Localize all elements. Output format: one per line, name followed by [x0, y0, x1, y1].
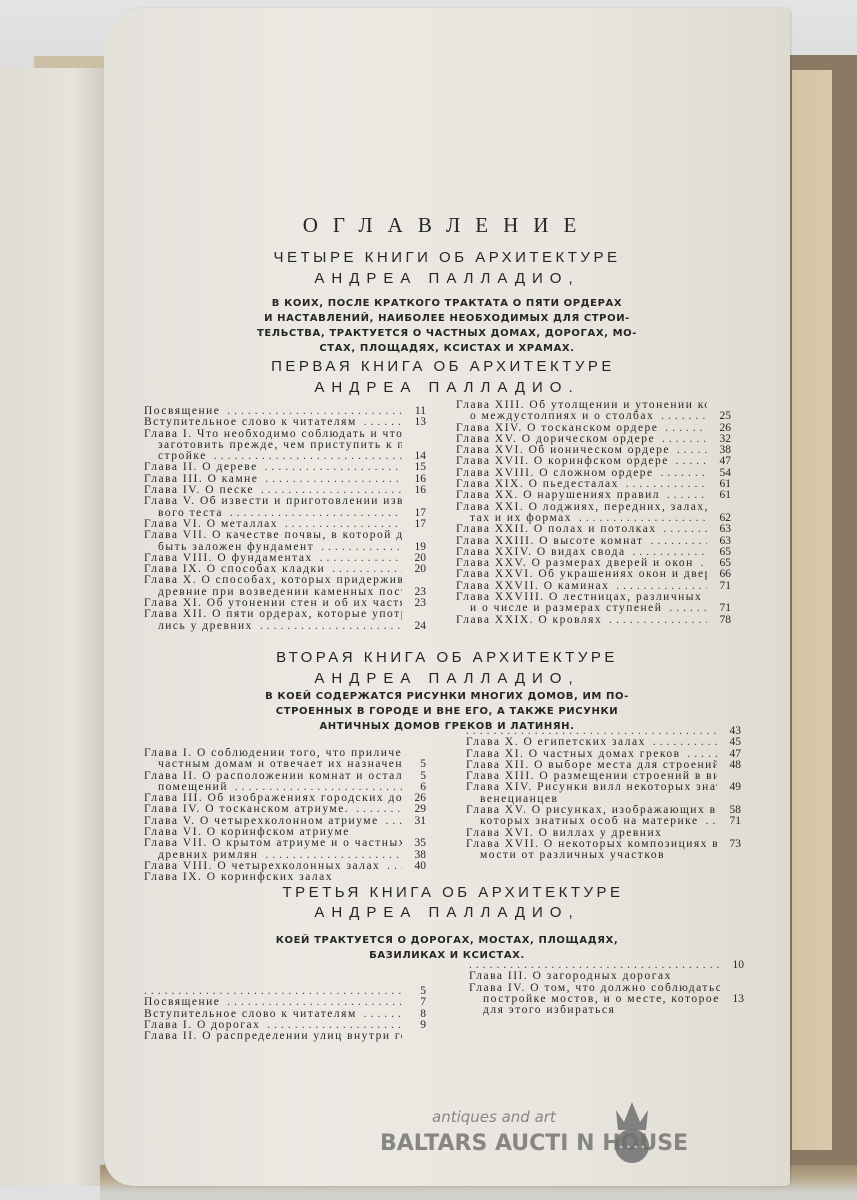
toc-entry: помещений ..............................… — [144, 782, 426, 793]
toc-entry-text: Глава XXIV. О видах свода ..............… — [456, 547, 707, 558]
toc-entry-text: древних римлян .........................… — [158, 850, 402, 861]
leader-dots: ........................................… — [223, 508, 402, 519]
toc-entry-text: древние при возведении каменных построек… — [158, 587, 402, 598]
toc-entry: Глава IV. О том, что должно соблюдаться … — [469, 983, 744, 994]
desc-line: И НАСТАВЛЕНИЙ, НАИБОЛЕЕ НЕОБХОДИМЫХ ДЛЯ … — [104, 311, 790, 326]
toc-entry-label: Глава V. Об извести и приготовлении изве… — [144, 496, 402, 507]
toc-entry-text: Глава V. О четырехколонном атриуме .....… — [144, 816, 402, 827]
svg-text:• • • •: • • • • — [619, 1143, 646, 1152]
toc-entry-label: быть заложен фундамент — [158, 542, 314, 553]
toc-entry: Глава II. О распределении улиц внутри го… — [144, 1031, 426, 1042]
toc-entry-text: быть заложен фундамент .................… — [158, 542, 402, 553]
toc-entry-label: Глава VIII. О фундаментах — [144, 553, 313, 564]
toc-entry: Глава V. Об извести и приготовлении изве… — [144, 496, 426, 507]
toc-entry-label: Глава VII. О качестве почвы, в которой д… — [144, 530, 402, 541]
toc-entry-text: Вступительное слово к читателям ........… — [144, 1009, 402, 1020]
toc-entry-text: Глава V. Об извести и приготовлении изве… — [144, 496, 402, 507]
toc-entry: тах и их формах ........................… — [456, 513, 731, 524]
toc-entry: Глава I. О соблюдении того, что приличес… — [144, 748, 426, 759]
toc-entry-text: Глава XI. Об утонении стен и об их частя… — [144, 598, 402, 609]
toc-entry-text: Глава VII. О крытом атриуме и о частных … — [144, 838, 402, 849]
toc-entry-text: постройке мостов, и о месте, которое дол… — [483, 994, 720, 1005]
toc-entry: мости от различных участков — [466, 850, 741, 861]
toc-entry: Глава XIV. О тосканском ордере .........… — [456, 423, 731, 434]
leader-dots: ........................................… — [228, 782, 402, 793]
desc-line: В КОЕЙ СОДЕРЖАТСЯ РИСУНКИ МНОГИХ ДОМОВ, … — [104, 689, 790, 704]
toc-entry-label: Глава XX. О нарушениях правил — [456, 490, 660, 501]
leader-dots: ........................................… — [662, 603, 707, 614]
contents-page: ОГЛАВЛЕНИЕ ЧЕТЫРЕ КНИГИ ОБ АРХИТЕКТУРЕ А… — [104, 8, 790, 1186]
toc-entry-text: Глава II. О распределении улиц внутри го… — [144, 1031, 402, 1042]
toc-entry-label: Глава XI. О частных домах греков — [466, 749, 681, 760]
leader-dots: ........................................… — [357, 417, 402, 428]
toc-entry-label: Глава XXIX. О кровлях — [456, 615, 602, 626]
toc-entry-label: Глава XIII. Об утолщении и утонении коло… — [456, 400, 707, 411]
main-heading-line-2: АНДРЕА ПАЛЛАДИО, — [104, 270, 790, 287]
toc-entry: заготовить прежде, чем приступить к по- — [144, 440, 426, 451]
leader-dots: ........................................… — [258, 462, 402, 473]
toc-entry: вого теста .............................… — [144, 508, 426, 519]
toc-entry-label: Глава XVII. О коринфском ордере — [456, 456, 669, 467]
toc-entry: стройке ................................… — [144, 451, 426, 462]
book2-heading-line-2: АНДРЕА ПАЛЛАДИО, — [104, 670, 790, 687]
toc-entry-text: Глава XX. О нарушениях правил ..........… — [456, 490, 707, 501]
toc-entry-text: вого теста .............................… — [158, 508, 402, 519]
toc-entry-label: помещений — [158, 782, 228, 793]
toc-entry-label: для этого избираться — [483, 1005, 615, 1016]
toc-entry-text: Посвящение .............................… — [144, 997, 402, 1008]
leader-dots: ........................................… — [144, 986, 402, 997]
toc-entry: Глава III. О камне .....................… — [144, 474, 426, 485]
toc-entry-text: Глава XIV. О тосканском ордере .........… — [456, 423, 707, 434]
toc-entry-text: Глава I. О дорогах .....................… — [144, 1020, 402, 1031]
toc-entry-text: Глава XVII. О коринфском ордере ........… — [456, 456, 707, 467]
toc-entry: лись у древних .........................… — [144, 621, 426, 632]
toc-entry-page: 63 — [707, 524, 731, 535]
toc-entry-page: 10 — [720, 960, 744, 971]
leader-dots: ........................................… — [681, 749, 717, 760]
toc-entry-label: Глава XVI. О виллах у древних — [466, 828, 662, 839]
toc-entry: Глава XVIII. О сложном ордере ..........… — [456, 468, 731, 479]
toc-entry-label: Глава XV. О дорическом ордере — [456, 434, 655, 445]
toc-entry: Глава I. Что необходимо соблюдать и что … — [144, 429, 426, 440]
toc-entry-text: о междустолпиях и о столбах ............… — [470, 411, 707, 422]
toc-entry-text: заготовить прежде, чем приступить к по- — [158, 440, 402, 451]
toc-entry: Глава I. О дорогах .....................… — [144, 1020, 426, 1031]
toc-entry-page: 13 — [720, 994, 744, 1005]
book1-heading-line-1: ПЕРВАЯ КНИГА ОБ АРХИТЕКТУРЕ — [100, 358, 786, 375]
toc-entry-label: венецианцев — [480, 794, 558, 805]
toc-entry-label: лись у древних — [158, 621, 253, 632]
toc-entry-text: Глава I. Что необходимо соблюдать и что … — [144, 429, 402, 440]
toc-entry-text: Глава III. Об изображениях городских дом… — [144, 793, 402, 804]
toc-entry-page: 16 — [402, 485, 426, 496]
leader-dots: ........................................… — [253, 621, 402, 632]
toc-entry-page: 48 — [717, 760, 741, 771]
book3-heading-line-2: АНДРЕА ПАЛЛАДИО, — [104, 904, 790, 921]
toc-entry-text: Глава II. О расположении комнат и осталь… — [144, 771, 402, 782]
toc-entry-label: Глава I. Что необходимо соблюдать и что … — [144, 429, 402, 440]
leader-dots: ........................................… — [655, 434, 707, 445]
toc-entry-label: Глава IV. О тосканском атриуме. — [144, 804, 349, 815]
desc-line: СТРОЕННЫХ В ГОРОДЕ И ВНЕ ЕГО, А ТАКЖЕ РИ… — [104, 704, 790, 719]
toc-entry-text: ........................................… — [144, 986, 402, 997]
book3-toc-left: ........................................… — [144, 986, 426, 1042]
leader-dots: ........................................… — [644, 536, 707, 547]
toc-entry: Глава XXIV. О видах свода ..............… — [456, 547, 731, 558]
toc-entry-label: Глава XIV. О тосканском ордере — [456, 423, 658, 434]
toc-entry-text: Глава XVIII. О сложном ордере ..........… — [456, 468, 707, 479]
toc-entry-text: Вступительное слово к читателям ........… — [144, 417, 402, 428]
toc-entry-page: 7 — [402, 997, 426, 1008]
toc-entry-page: 31 — [402, 816, 426, 827]
desc-line: КОЕЙ ТРАКТУЕТСЯ О ДОРОГАХ, МОСТАХ, ПЛОЩА… — [104, 933, 790, 948]
toc-entry: венецианцев — [466, 794, 741, 805]
toc-entry: Посвящение .............................… — [144, 997, 426, 1008]
toc-entry-label: Глава VI. О металлах — [144, 519, 278, 530]
toc-entry-text: Глава XVI. О виллах у древних — [466, 828, 717, 839]
toc-entry-text: Глава XXVIII. О лестницах, различных их … — [456, 592, 707, 603]
toc-entry: Глава XIX. О пьедесталах ...............… — [456, 479, 731, 490]
leader-dots: ........................................… — [619, 479, 707, 490]
toc-entry: ........................................… — [144, 986, 426, 997]
toc-entry: Глава XXIX. О кровлях ..................… — [456, 615, 731, 626]
toc-entry-label: частным домам и отвечает их назначению — [158, 759, 402, 770]
toc-entry: Глава III. О загородных дорогах — [469, 971, 744, 982]
leader-dots: ........................................… — [325, 564, 402, 575]
toc-entry: Глава XXI. О лоджиях, передних, залах, к… — [456, 502, 731, 513]
toc-entry-text: Глава III. О загородных дорогах — [469, 971, 720, 982]
main-description: В КОИХ, ПОСЛЕ КРАТКОГО ТРАКТАТА О ПЯТИ О… — [104, 296, 790, 356]
toc-entry-page: 71 — [707, 581, 731, 592]
leader-dots: ........................................… — [313, 553, 402, 564]
toc-entry-page: 13 — [402, 417, 426, 428]
toc-entry-label: Глава XXVI. Об украшениях окон и дверей — [456, 569, 707, 580]
toc-entry-page: 73 — [717, 839, 741, 850]
toc-entry: Глава XI. О частных домах греков .......… — [466, 749, 741, 760]
toc-entry: Глава VIII. О фундаментах ..............… — [144, 553, 426, 564]
toc-entry-label: Глава XXV. О размерах дверей и окон — [456, 558, 694, 569]
leader-dots: ........................................… — [654, 411, 707, 422]
toc-entry-label: Глава XXII. О полах и потолках — [456, 524, 657, 535]
toc-entry-label: Глава VII. О крытом атриуме и о частных … — [144, 838, 402, 849]
toc-entry-label: Глава IV. О песке — [144, 485, 254, 496]
toc-entry-text: Глава XXIII. О высоте комнат ...........… — [456, 536, 707, 547]
toc-entry: ........................................… — [469, 960, 744, 971]
toc-entry-page: 17 — [402, 519, 426, 530]
toc-entry-text: Глава XI. О частных домах греков .......… — [466, 749, 717, 760]
left-page — [0, 66, 105, 1186]
toc-entry: Глава IV. О песке ......................… — [144, 485, 426, 496]
toc-entry-label: Глава IX. О коринфских залах — [144, 872, 333, 883]
leader-dots: ........................................… — [349, 804, 402, 815]
toc-entry-page: 45 — [717, 737, 741, 748]
toc-entry: Глава XII. О выборе места для строений в… — [466, 760, 741, 771]
toc-entry-label: и о числе и размерах ступеней — [470, 603, 662, 614]
leader-dots: ........................................… — [660, 490, 707, 501]
toc-entry: Глава VI. О коринфском атриуме — [144, 827, 426, 838]
toc-entry-text: Глава XXVII. О каминах .................… — [456, 581, 707, 592]
toc-entry: Глава XI. Об утонении стен и об их частя… — [144, 598, 426, 609]
toc-entry-page: 61 — [707, 490, 731, 501]
toc-entry-page: 71 — [707, 603, 731, 614]
toc-entry-text: Глава XII. О пяти ордерах, которые употр… — [144, 609, 402, 620]
toc-entry-label: Глава I. О соблюдении того, что приличес… — [144, 748, 402, 759]
toc-entry: Глава XII. О пяти ордерах, которые употр… — [144, 609, 426, 620]
toc-entry-text: Глава VIII. О фундаментах ..............… — [144, 553, 402, 564]
leader-dots: ........................................… — [278, 519, 402, 530]
toc-entry-page: 5 — [402, 759, 426, 770]
toc-entry: Глава VI. О металлах ...................… — [144, 519, 426, 530]
toc-entry: о междустолпиях и о столбах ............… — [456, 411, 731, 422]
leader-dots: ........................................… — [572, 513, 707, 524]
toc-entry-label: древних римлян — [158, 850, 258, 861]
book1-toc-left: Посвящение .............................… — [144, 406, 426, 632]
toc-entry-text: Глава XIII. Об утолщении и утонении коло… — [456, 400, 707, 411]
toc-entry-text: лись у древних .........................… — [158, 621, 402, 632]
toc-entry: Глава XVI. О виллах у древних — [466, 828, 741, 839]
toc-entry-label: древние при возведении каменных построек — [158, 587, 402, 598]
toc-entry-label: Глава II. О расположении комнат и осталь… — [144, 771, 402, 782]
toc-entry: для этого избираться — [469, 1005, 744, 1016]
leader-dots: ........................................… — [314, 542, 402, 553]
toc-entry-label: Вступительное слово к читателям — [144, 1009, 357, 1020]
toc-entry-page: 9 — [402, 1020, 426, 1031]
toc-entry-text: Глава XIII. О размещении строений в вилл… — [466, 771, 717, 782]
toc-entry-label: Глава XIII. О размещении строений в вилл… — [466, 771, 717, 782]
toc-entry-label: Глава X. О способах, которых придерживал… — [144, 575, 402, 586]
toc-entry: Глава XV. О дорическом ордере ..........… — [456, 434, 731, 445]
toc-entry: Глава XXVI. Об украшениях окон и дверей … — [456, 569, 731, 580]
toc-entry-label: мости от различных участков — [480, 850, 665, 861]
toc-entry-label: Глава XVI. Об ионическом ордере — [456, 445, 670, 456]
leader-dots: ........................................… — [357, 1009, 402, 1020]
toc-entry-text: Глава XXV. О размерах дверей и окон ....… — [456, 558, 707, 569]
toc-entry: Глава XXVIII. О лестницах, различных их … — [456, 592, 731, 603]
page-title: ОГЛАВЛЕНИЕ — [104, 213, 790, 238]
toc-entry-text: Глава VII. О качестве почвы, в которой д… — [144, 530, 402, 541]
toc-entry-text: Глава III. О камне .....................… — [144, 474, 402, 485]
toc-entry-label: Посвящение — [144, 997, 220, 1008]
toc-entry-label: заготовить прежде, чем приступить к по- — [158, 440, 402, 451]
toc-entry: Глава XVI. Об ионическом ордере ........… — [456, 445, 731, 456]
crown-logo-icon: • • • • — [612, 1100, 652, 1170]
leader-dots: ........................................… — [669, 456, 707, 467]
book3-toc-right: ........................................… — [469, 960, 744, 1016]
toc-entry-label: Глава XXVII. О каминах — [456, 581, 609, 592]
desc-line: В КОИХ, ПОСЛЕ КРАТКОГО ТРАКТАТА О ПЯТИ О… — [104, 296, 790, 311]
leader-dots: ........................................… — [602, 615, 707, 626]
book3-description: КОЕЙ ТРАКТУЕТСЯ О ДОРОГАХ, МОСТАХ, ПЛОЩА… — [104, 933, 790, 963]
toc-entry-text: Глава XXIX. О кровлях ..................… — [456, 615, 707, 626]
toc-entry: Вступительное слово к читателям ........… — [144, 417, 426, 428]
toc-entry-page: 20 — [402, 564, 426, 575]
toc-entry-label: о междустолпиях и о столбах — [470, 411, 654, 422]
toc-entry-text: Глава XIX. О пьедесталах ...............… — [456, 479, 707, 490]
endpaper — [792, 70, 832, 1150]
toc-entry: Глава X. О способах, которых придерживал… — [144, 575, 426, 586]
leader-dots: ........................................… — [657, 524, 707, 535]
toc-entry-text: помещений ..............................… — [158, 782, 402, 793]
toc-entry: Глава XIII. О размещении строений в вилл… — [466, 771, 741, 782]
toc-entry: ........................................… — [466, 726, 741, 737]
toc-entry-text: Глава XXVI. Об украшениях окон и дверей … — [456, 569, 707, 580]
toc-entry-text: Глава IV. О песке ......................… — [144, 485, 402, 496]
toc-entry: Глава XXIII. О высоте комнат ...........… — [456, 536, 731, 547]
toc-entry-text: Посвящение .............................… — [144, 406, 402, 417]
toc-entry: Глава II. О дереве .....................… — [144, 462, 426, 473]
toc-entry-text: и о числе и размерах ступеней ..........… — [470, 603, 707, 614]
toc-entry-label: Глава XVIII. О сложном ордере — [456, 468, 654, 479]
toc-entry-label: Глава XVII. О некоторых композициях в за… — [466, 839, 717, 850]
toc-entry-label: которых знатных особ на материке — [480, 816, 699, 827]
book3-heading-line-1: ТРЕТЬЯ КНИГА ОБ АРХИТЕКТУРЕ — [110, 884, 796, 901]
toc-entry-label: Глава XIV. Рисунки вилл некоторых знатны… — [466, 782, 717, 793]
toc-entry-label: Глава III. Об изображениях городских дом… — [144, 793, 402, 804]
toc-entry: Глава IX. О способах кладки ............… — [144, 564, 426, 575]
toc-entry-label: Глава XIX. О пьедесталах — [456, 479, 619, 490]
toc-entry-text: Глава VI. О коринфском атриуме — [144, 827, 402, 838]
toc-entry-text: Глава X. О способах, которых придерживал… — [144, 575, 402, 586]
toc-entry-label: Глава XII. О пяти ордерах, которые употр… — [144, 609, 402, 620]
toc-entry-page: 78 — [707, 615, 731, 626]
toc-entry-label: стройке — [158, 451, 207, 462]
toc-entry-text: ........................................… — [469, 960, 720, 971]
toc-entry-text: Глава XXI. О лоджиях, передних, залах, к… — [456, 502, 707, 513]
toc-entry-label: Глава XV. О рисунках, изображающих виллы… — [466, 805, 717, 816]
desc-line: СТАХ, ПЛОЩАДЯХ, КСИСТАХ И ХРАМАХ. — [104, 341, 790, 356]
toc-entry: Глава II. О расположении комнат и осталь… — [144, 771, 426, 782]
toc-entry: Глава XIV. Рисунки вилл некоторых знатны… — [466, 782, 741, 793]
toc-entry: частным домам и отвечает их назначению .… — [144, 759, 426, 770]
toc-entry-text: Глава I. О соблюдении того, что приличес… — [144, 748, 402, 759]
leader-dots: ........................................… — [466, 726, 717, 737]
toc-entry-label: Глава III. О камне — [144, 474, 258, 485]
book2-toc-right: ........................................… — [466, 726, 741, 862]
toc-entry: Глава V. О четырехколонном атриуме .....… — [144, 816, 426, 827]
toc-entry-text: Глава II. О дереве .....................… — [144, 462, 402, 473]
leader-dots: ........................................… — [658, 423, 707, 434]
toc-entry-page: 35 — [402, 838, 426, 849]
toc-entry-page: 71 — [717, 816, 741, 827]
toc-entry-label: Глава VI. О коринфском атриуме — [144, 827, 350, 838]
toc-entry-label: постройке мостов, и о месте, которое дол… — [483, 994, 720, 1005]
leader-dots: ........................................… — [469, 960, 720, 971]
leader-dots: ........................................… — [258, 474, 402, 485]
toc-entry-label: Глава XXIII. О высоте комнат — [456, 536, 644, 547]
leader-dots: ........................................… — [694, 558, 707, 569]
leader-dots: ........................................… — [654, 468, 707, 479]
toc-entry: древние при возведении каменных построек… — [144, 587, 426, 598]
toc-entry-text: которых знатных особ на материке .......… — [480, 816, 717, 827]
toc-entry: Глава XIII. Об утолщении и утонении коло… — [456, 400, 731, 411]
leader-dots: ........................................… — [220, 406, 402, 417]
toc-entry-text: для этого избираться — [483, 1005, 720, 1016]
toc-entry-text: Глава XXII. О полах и потолках .........… — [456, 524, 707, 535]
toc-entry: Глава IX. О коринфских залах — [144, 872, 426, 883]
toc-entry-label: Глава XXI. О лоджиях, передних, залах, к… — [456, 502, 707, 513]
toc-entry-label: тах и их формах — [470, 513, 572, 524]
toc-entry: Глава VII. О качестве почвы, в которой д… — [144, 530, 426, 541]
toc-entry-label: Глава II. О дереве — [144, 462, 258, 473]
toc-entry-label: Глава X. О египетских залах — [466, 737, 646, 748]
toc-entry-page: 24 — [402, 621, 426, 632]
toc-entry-page: 25 — [707, 411, 731, 422]
leader-dots: ........................................… — [220, 997, 402, 1008]
toc-entry-label: Глава III. О загородных дорогах — [469, 971, 672, 982]
leader-dots: ........................................… — [380, 861, 402, 872]
toc-entry-text: мости от различных участков — [480, 850, 717, 861]
toc-entry: которых знатных особ на материке .......… — [466, 816, 741, 827]
toc-entry-text: Глава VIII. О четырехколонных залах ....… — [144, 861, 402, 872]
toc-entry: Глава III. Об изображениях городских дом… — [144, 793, 426, 804]
leader-dots: ........................................… — [207, 451, 402, 462]
toc-entry: постройке мостов, и о месте, которое дол… — [469, 994, 744, 1005]
toc-entry: Глава XX. О нарушениях правил ..........… — [456, 490, 731, 501]
toc-entry-text: Глава XVII. О некоторых композициях в за… — [466, 839, 717, 850]
toc-entry-text: частным домам и отвечает их назначению .… — [158, 759, 402, 770]
toc-entry-text: Глава X. О египетских залах ............… — [466, 737, 717, 748]
book2-heading-line-1: ВТОРАЯ КНИГА ОБ АРХИТЕКТУРЕ — [104, 649, 790, 666]
toc-entry-text: стройке ................................… — [158, 451, 402, 462]
toc-entry-label: Глава XII. О выборе места для строений в… — [466, 760, 717, 771]
toc-entry-text: Глава VI. О металлах ...................… — [144, 519, 402, 530]
toc-entry-text: Глава IX. О коринфских залах — [144, 872, 402, 883]
watermark-tagline: antiques and art — [432, 1108, 556, 1126]
toc-entry-text: Глава XII. О выборе места для строений в… — [466, 760, 717, 771]
toc-entry: Глава XXVII. О каминах .................… — [456, 581, 731, 592]
leader-dots: ........................................… — [626, 547, 707, 558]
toc-entry-text: Глава XVI. Об ионическом ордере ........… — [456, 445, 707, 456]
desc-line: ТЕЛЬСТВА, ТРАКТУЕТСЯ О ЧАСТНЫХ ДОМАХ, ДО… — [104, 326, 790, 341]
main-heading-line-1: ЧЕТЫРЕ КНИГИ ОБ АРХИТЕКТУРЕ — [104, 249, 790, 266]
toc-entry: Посвящение .............................… — [144, 406, 426, 417]
toc-entry-text: Глава XIV. Рисунки вилл некоторых знатны… — [466, 782, 717, 793]
toc-entry-text: венецианцев — [480, 794, 717, 805]
toc-entry: Глава XVII. О некоторых композициях в за… — [466, 839, 741, 850]
leader-dots: ........................................… — [379, 816, 402, 827]
book2-toc-left: Глава I. О соблюдении того, что приличес… — [144, 748, 426, 884]
toc-entry-text: Глава XV. О рисунках, изображающих виллы… — [466, 805, 717, 816]
toc-entry-label: вого теста — [158, 508, 223, 519]
leader-dots: ........................................… — [646, 737, 717, 748]
toc-entry-label: Глава XI. Об утонении стен и об их частя… — [144, 598, 402, 609]
leader-dots: ........................................… — [254, 485, 402, 496]
toc-entry-label: Глава IX. О способах кладки — [144, 564, 325, 575]
leader-dots: ........................................… — [609, 581, 707, 592]
book1-heading-line-2: АНДРЕА ПАЛЛАДИО. — [104, 379, 790, 396]
toc-entry: Глава XV. О рисунках, изображающих виллы… — [466, 805, 741, 816]
toc-entry-text: Глава IV. О тосканском атриуме. ........… — [144, 804, 402, 815]
toc-entry-text: Глава IX. О способах кладки ............… — [144, 564, 402, 575]
toc-entry-label: Глава V. О четырехколонном атриуме — [144, 816, 379, 827]
leader-dots: ........................................… — [699, 816, 717, 827]
toc-entry: древних римлян .........................… — [144, 850, 426, 861]
toc-entry: Глава XXII. О полах и потолках .........… — [456, 524, 731, 535]
toc-entry-text: Глава IV. О том, что должно соблюдаться … — [469, 983, 720, 994]
left-page-tab — [34, 56, 104, 68]
toc-entry: Глава XVII. О коринфском ордере ........… — [456, 456, 731, 467]
toc-entry: Глава VIII. О четырехколонных залах ....… — [144, 861, 426, 872]
toc-entry-label: Глава XXIV. О видах свода — [456, 547, 626, 558]
toc-entry-page: 40 — [402, 861, 426, 872]
toc-entry: Глава X. О египетских залах ............… — [466, 737, 741, 748]
leader-dots: ........................................… — [258, 850, 402, 861]
toc-entry-label: Посвящение — [144, 406, 220, 417]
leader-dots: ........................................… — [670, 445, 707, 456]
toc-entry-label: Глава I. О дорогах — [144, 1020, 260, 1031]
toc-entry: Глава XXV. О размерах дверей и окон ....… — [456, 558, 731, 569]
